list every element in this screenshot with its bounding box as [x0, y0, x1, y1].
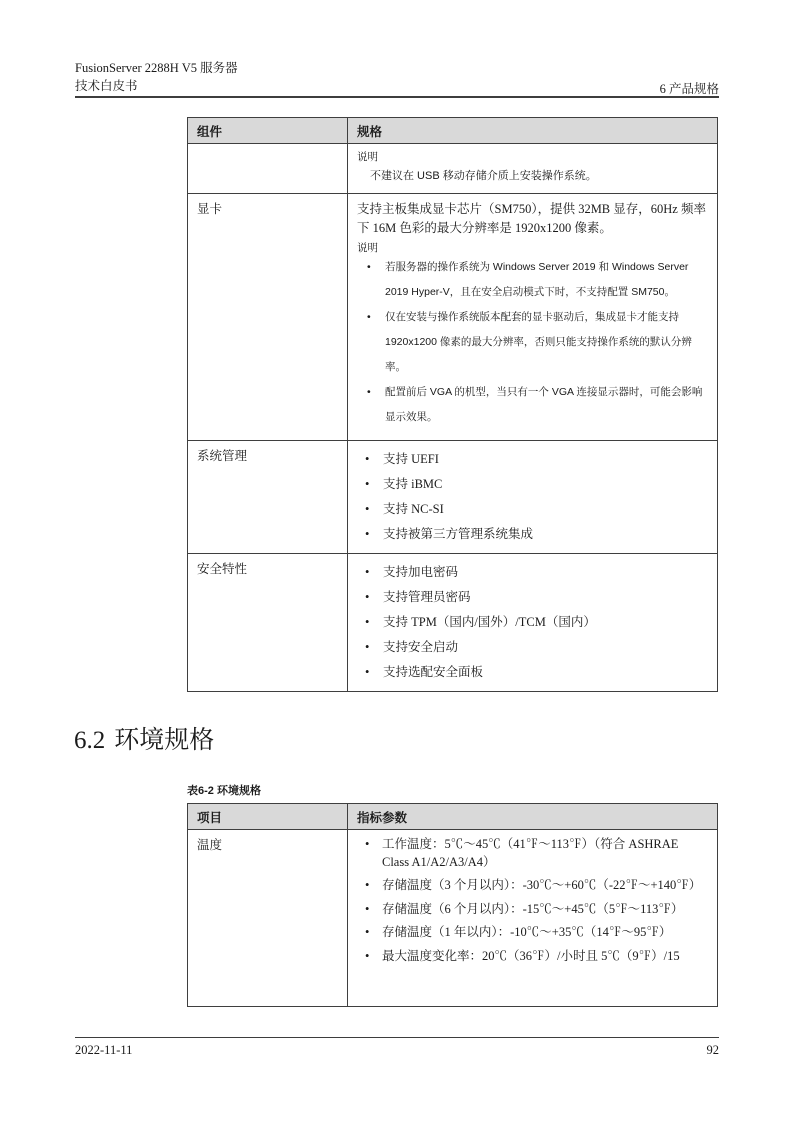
table-row: 安全特性 支持加电密码 支持管理员密码 支持 TPM（国内/国外）/TCM（国内… — [188, 554, 718, 692]
component-cell: 安全特性 — [188, 554, 348, 692]
table-row: 显卡 支持主板集成显卡芯片（SM750），提供 32MB 显存，60Hz 频率下… — [188, 194, 718, 441]
header-rule — [75, 96, 719, 98]
bullet-item: 支持 iBMC — [357, 472, 708, 497]
footer-rule — [75, 1037, 719, 1038]
note-text: 不建议在 USB 移动存储介质上安装操作系统。 — [357, 168, 708, 184]
note-bullet-item: 配置前后 VGA 的机型，当只有一个 VGA 连接显示器时，可能会影响显示效果。 — [357, 380, 708, 430]
product-title: FusionServer 2288H V5 服务器 — [75, 60, 238, 78]
bullet-item: 存储温度（1 年以内）：-10℃～+35℃（14℉～95℉） — [357, 924, 708, 942]
page-number: 92 — [707, 1043, 720, 1058]
spec-cell: 支持 UEFI 支持 iBMC 支持 NC-SI 支持被第三方管理系统集成 — [348, 441, 718, 554]
section-heading: 6.2环境规格 — [74, 724, 214, 757]
table-row: 说明 不建议在 USB 移动存储介质上安装操作系统。 — [188, 144, 718, 194]
document-page: FusionServer 2288H V5 服务器 技术白皮书 6 产品规格 组… — [0, 0, 794, 1123]
bullet-item: 支持 TPM（国内/国外）/TCM（国内） — [357, 610, 708, 635]
column-header-params: 指标参数 — [348, 804, 718, 830]
bullet-item: 支持选配安全面板 — [357, 660, 708, 685]
bullet-item: 支持被第三方管理系统集成 — [357, 522, 708, 547]
bullet-item: 支持加电密码 — [357, 560, 708, 585]
spec-cell: 支持加电密码 支持管理员密码 支持 TPM（国内/国外）/TCM（国内） 支持安… — [348, 554, 718, 692]
doc-type: 技术白皮书 — [75, 78, 238, 96]
section-number: 6.2 — [74, 727, 105, 754]
footer-date: 2022-11-11 — [75, 1043, 132, 1058]
table-caption: 表6-2 环境规格 — [187, 782, 261, 798]
bullet-item: 存储温度（3 个月以内）：-30℃～+60℃（-22℉～+140℉） — [357, 877, 708, 895]
bullet-item: 工作温度：5℃～45℃（41℉～113℉）（符合 ASHRAE Class A1… — [357, 836, 708, 871]
component-spec-table: 组件 规格 说明 不建议在 USB 移动存储介质上安装操作系统。 显卡 支持主板… — [187, 117, 718, 692]
table-header-row: 组件 规格 — [188, 118, 718, 144]
bullet-item: 支持 UEFI — [357, 447, 708, 472]
component-cell: 显卡 — [188, 194, 348, 441]
bullet-item: 存储温度（6 个月以内）：-15℃～+45℃（5℉～113℉） — [357, 901, 708, 919]
table-row: 系统管理 支持 UEFI 支持 iBMC 支持 NC-SI 支持被第三方管理系统… — [188, 441, 718, 554]
spec-cell: 支持主板集成显卡芯片（SM750），提供 32MB 显存，60Hz 频率下 16… — [348, 194, 718, 441]
bullet-item: 支持安全启动 — [357, 635, 708, 660]
bullet-item: 最大温度变化率：20℃（36℉）/小时且 5℃（9℉）/15 — [357, 948, 708, 966]
spec-cell: 说明 不建议在 USB 移动存储介质上安装操作系统。 — [348, 144, 718, 194]
note-label: 说明 — [357, 150, 708, 164]
column-header-component: 组件 — [188, 118, 348, 144]
component-cell: 系统管理 — [188, 441, 348, 554]
component-cell — [188, 144, 348, 194]
env-spec-table: 项目 指标参数 温度 工作温度：5℃～45℃（41℉～113℉）（符合 ASHR… — [187, 803, 718, 1007]
table-row: 温度 工作温度：5℃～45℃（41℉～113℉）（符合 ASHRAE Class… — [188, 830, 718, 1007]
params-cell: 工作温度：5℃～45℃（41℉～113℉）（符合 ASHRAE Class A1… — [348, 830, 718, 1007]
column-header-item: 项目 — [188, 804, 348, 830]
note-label: 说明 — [357, 241, 708, 255]
bullet-item: 支持管理员密码 — [357, 585, 708, 610]
page-header-left: FusionServer 2288H V5 服务器 技术白皮书 — [75, 60, 238, 95]
table-header-row: 项目 指标参数 — [188, 804, 718, 830]
item-cell: 温度 — [188, 830, 348, 1007]
note-bullet-item: 仅在安装与操作系统版本配套的显卡驱动后，集成显卡才能支持 1920x1200 像… — [357, 305, 708, 380]
column-header-spec: 规格 — [348, 118, 718, 144]
section-title-text: 环境规格 — [114, 726, 214, 754]
note-bullet-item: 若服务器的操作系统为 Windows Server 2019 和 Windows… — [357, 255, 708, 305]
spec-paragraph: 支持主板集成显卡芯片（SM750），提供 32MB 显存，60Hz 频率下 16… — [357, 200, 708, 237]
chapter-label: 6 产品规格 — [660, 79, 719, 97]
bullet-item: 支持 NC-SI — [357, 497, 708, 522]
